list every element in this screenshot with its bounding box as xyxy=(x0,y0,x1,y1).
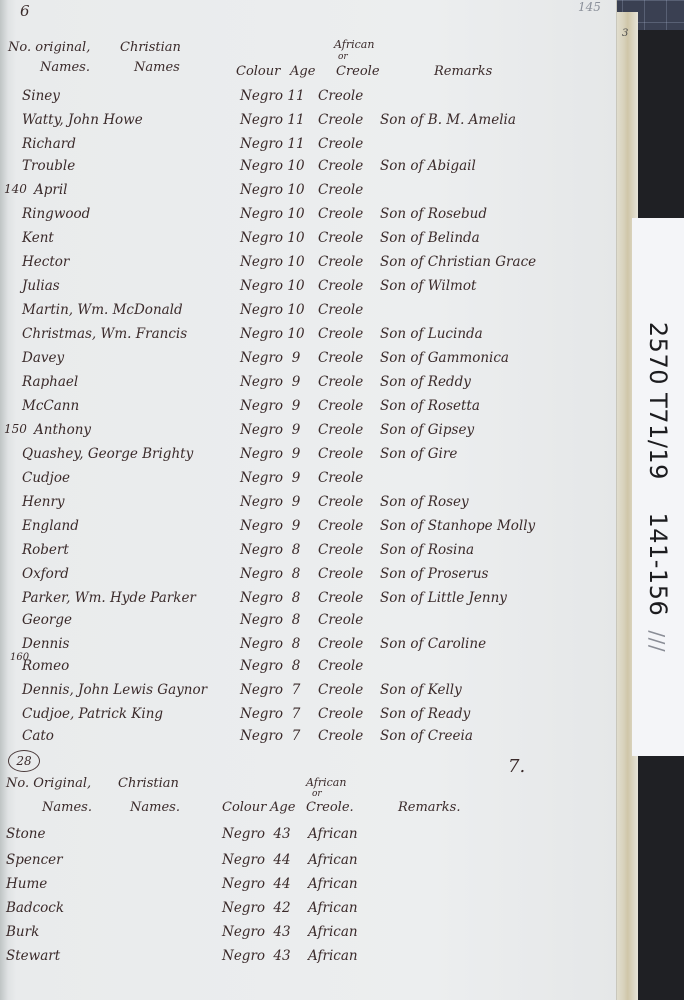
name: Cudjoe, Patrick King xyxy=(22,706,163,722)
age: 9 xyxy=(284,470,308,486)
age: 9 xyxy=(284,398,308,414)
table-row: 150AnthonyNegro9CreoleSon of Gipsey xyxy=(0,422,600,444)
table-row: KentNegro10CreoleSon of Belinda xyxy=(0,230,600,252)
origin: Creole xyxy=(318,446,363,462)
colour: Negro xyxy=(240,446,283,462)
name: Richard xyxy=(22,136,76,152)
row-number: 150 xyxy=(4,422,27,436)
table-row: Cudjoe, Patrick KingNegro7CreoleSon of R… xyxy=(0,706,600,728)
remarks: Son of Rosey xyxy=(380,494,469,510)
table-row: OxfordNegro8CreoleSon of Proserus xyxy=(0,566,600,588)
table-row: Dennis, John Lewis GaynorNegro7CreoleSon… xyxy=(0,682,600,704)
table-row: Quashey, George BrightyNegro9CreoleSon o… xyxy=(0,446,600,468)
age: 44 xyxy=(270,876,294,892)
colour: Negro xyxy=(240,158,283,174)
table-row: StoneNegro43African xyxy=(0,826,600,848)
header-remarks: Remarks xyxy=(434,64,492,79)
colour: Negro xyxy=(240,278,283,294)
header-remarks: Remarks. xyxy=(398,800,460,815)
colour: Negro xyxy=(222,948,265,964)
table-row: RingwoodNegro10CreoleSon of Rosebud xyxy=(0,206,600,228)
age: 10 xyxy=(284,302,308,318)
origin: Creole xyxy=(318,112,363,128)
remarks: Son of Gipsey xyxy=(380,422,474,438)
age: 9 xyxy=(284,446,308,462)
colour: Negro xyxy=(240,398,283,414)
colour: Negro xyxy=(240,254,283,270)
colour: Negro xyxy=(240,350,283,366)
remarks: Son of Little Jenny xyxy=(380,590,507,606)
age: 10 xyxy=(284,158,308,174)
name: Watty, John Howe xyxy=(22,112,143,128)
age: 10 xyxy=(284,326,308,342)
row-number: 140 xyxy=(4,182,27,196)
table-row: CudjoeNegro9Creole xyxy=(0,470,600,492)
colour: Negro xyxy=(240,658,283,674)
origin: African xyxy=(308,852,358,868)
header-african: African xyxy=(334,38,374,51)
table-row: 140AprilNegro10Creole xyxy=(0,182,600,204)
table-row: DaveyNegro9CreoleSon of Gammonica xyxy=(0,350,600,372)
remarks: Son of Rosebud xyxy=(380,206,487,222)
header-creole: Creole xyxy=(336,64,380,79)
remarks: Son of Rosetta xyxy=(380,398,480,414)
name: Spencer xyxy=(6,852,63,868)
table-row: RaphaelNegro9CreoleSon of Reddy xyxy=(0,374,600,396)
header-colour: Colour xyxy=(222,800,266,815)
ledger-page: 6 145 No. original, Christian Names. Nam… xyxy=(0,0,617,1000)
name: Julias xyxy=(22,278,60,294)
table-row: SineyNegro11Creole xyxy=(0,88,600,110)
colour: Negro xyxy=(222,826,265,842)
origin: African xyxy=(308,826,358,842)
name: Henry xyxy=(22,494,65,510)
origin: Creole xyxy=(318,158,363,174)
colour: Negro xyxy=(222,924,265,940)
name: Romeo xyxy=(22,658,69,674)
origin: African xyxy=(308,948,358,964)
remarks: Son of Belinda xyxy=(380,230,480,246)
table-row: BurkNegro43African xyxy=(0,924,600,946)
table-row: Parker, Wm. Hyde ParkerNegro8CreoleSon o… xyxy=(0,590,600,612)
name: McCann xyxy=(22,398,79,414)
origin: Creole xyxy=(318,494,363,510)
table-row: HenryNegro9CreoleSon of Rosey xyxy=(0,494,600,516)
table-row: McCannNegro9CreoleSon of Rosetta xyxy=(0,398,600,420)
header-names-original: Names. xyxy=(40,60,90,75)
colour: Negro xyxy=(240,612,283,628)
table-row: Christmas, Wm. FrancisNegro10CreoleSon o… xyxy=(0,326,600,348)
colour: Negro xyxy=(240,566,283,582)
table-row: GeorgeNegro8Creole xyxy=(0,612,600,634)
table-row: TroubleNegro10CreoleSon of Abigail xyxy=(0,158,600,180)
remarks: Son of Stanhope Molly xyxy=(380,518,535,534)
colour: Negro xyxy=(240,136,283,152)
origin: Creole xyxy=(318,422,363,438)
name: Christmas, Wm. Francis xyxy=(22,326,187,342)
age: 10 xyxy=(284,182,308,198)
age: 11 xyxy=(284,136,308,152)
name: Quashey, George Brighty xyxy=(22,446,193,462)
name: Dennis, John Lewis Gaynor xyxy=(22,682,207,698)
age: 8 xyxy=(284,566,308,582)
folio-number: 145 xyxy=(578,0,601,14)
colour: Negro xyxy=(222,852,265,868)
name: Trouble xyxy=(22,158,75,174)
origin: Creole xyxy=(318,636,363,652)
origin: Creole xyxy=(318,590,363,606)
table-row: SpencerNegro44African xyxy=(0,852,600,874)
header-age: Age xyxy=(270,800,295,815)
origin: Creole xyxy=(318,254,363,270)
origin: Creole xyxy=(318,136,363,152)
age: 11 xyxy=(284,112,308,128)
age: 10 xyxy=(284,230,308,246)
age: 8 xyxy=(284,658,308,674)
origin: Creole xyxy=(318,230,363,246)
name: Raphael xyxy=(22,374,78,390)
name: Ringwood xyxy=(22,206,90,222)
name: Siney xyxy=(22,88,60,104)
colour: Negro xyxy=(240,636,283,652)
colour: Negro xyxy=(240,206,283,222)
colour: Negro xyxy=(240,518,283,534)
remarks: Son of Reddy xyxy=(380,374,471,390)
origin: Creole xyxy=(318,326,363,342)
colour: Negro xyxy=(240,706,283,722)
name: Hume xyxy=(6,876,47,892)
colour: Negro xyxy=(240,182,283,198)
archive-reference: 2570 T71/19 xyxy=(644,322,672,480)
table-row: Watty, John HoweNegro11CreoleSon of B. M… xyxy=(0,112,600,134)
age: 43 xyxy=(270,948,294,964)
header-names-original: Names. xyxy=(42,800,92,815)
name: April xyxy=(34,182,67,198)
header-christian: Christian xyxy=(118,776,179,791)
colour: Negro xyxy=(222,876,265,892)
header-names-christian: Names. xyxy=(130,800,180,815)
name: Stone xyxy=(6,826,46,842)
age: 10 xyxy=(284,254,308,270)
colour: Negro xyxy=(240,302,283,318)
colour: Negro xyxy=(240,728,283,744)
age: 8 xyxy=(284,542,308,558)
origin: Creole xyxy=(318,88,363,104)
section-mark: 28 xyxy=(8,750,40,772)
table-row: DennisNegro8CreoleSon of Caroline xyxy=(0,636,600,658)
table-row: JuliasNegro10CreoleSon of Wilmot xyxy=(0,278,600,300)
remarks: Son of B. M. Amelia xyxy=(380,112,516,128)
name: Hector xyxy=(22,254,69,270)
colour: Negro xyxy=(222,900,265,916)
origin: Creole xyxy=(318,566,363,582)
name: Oxford xyxy=(22,566,69,582)
header-african: African xyxy=(306,776,346,789)
origin: Creole xyxy=(318,206,363,222)
header-no-original: No. Original, xyxy=(6,776,91,791)
header-no-original: No. original, xyxy=(8,40,90,55)
age: 43 xyxy=(270,924,294,940)
age: 10 xyxy=(284,278,308,294)
name: Martin, Wm. McDonald xyxy=(22,302,183,318)
origin: Creole xyxy=(318,682,363,698)
origin: African xyxy=(308,876,358,892)
archive-reference-label: 2570 T71/19 141-156 /// xyxy=(644,322,672,652)
name: Badcock xyxy=(6,900,64,916)
table-row: HumeNegro44African xyxy=(0,876,600,898)
colour: Negro xyxy=(240,682,283,698)
name: Dennis xyxy=(22,636,69,652)
age: 9 xyxy=(284,350,308,366)
name: Cudjoe xyxy=(22,470,70,486)
origin: Creole xyxy=(318,612,363,628)
remarks: Son of Proserus xyxy=(380,566,488,582)
colour: Negro xyxy=(240,422,283,438)
origin: Creole xyxy=(318,398,363,414)
header-or: or xyxy=(312,789,322,799)
age: 8 xyxy=(284,636,308,652)
table-row: StewartNegro43African xyxy=(0,948,600,970)
name: Davey xyxy=(22,350,64,366)
header-or: or xyxy=(338,52,348,62)
name: Kent xyxy=(22,230,54,246)
age: 8 xyxy=(284,612,308,628)
age: 7 xyxy=(284,706,308,722)
colour: Negro xyxy=(240,470,283,486)
table-row: EnglandNegro9CreoleSon of Stanhope Molly xyxy=(0,518,600,540)
colour: Negro xyxy=(240,230,283,246)
header-names-christian: Names xyxy=(134,60,180,75)
colour: Negro xyxy=(240,494,283,510)
page-number-left: 6 xyxy=(20,2,30,20)
origin: Creole xyxy=(318,302,363,318)
origin: Creole xyxy=(318,542,363,558)
origin: Creole xyxy=(318,374,363,390)
origin: African xyxy=(308,924,358,940)
origin: Creole xyxy=(318,658,363,674)
colour: Negro xyxy=(240,88,283,104)
age: 10 xyxy=(284,206,308,222)
table-row: Martin, Wm. McDonaldNegro10Creole xyxy=(0,302,600,324)
origin: Creole xyxy=(318,728,363,744)
origin: African xyxy=(308,900,358,916)
name: Burk xyxy=(6,924,39,940)
name: England xyxy=(22,518,79,534)
origin: Creole xyxy=(318,350,363,366)
age: 7 xyxy=(284,728,308,744)
header-christian: Christian xyxy=(120,40,181,55)
remarks: Son of Lucinda xyxy=(380,326,483,342)
origin: Creole xyxy=(318,518,363,534)
age: 9 xyxy=(284,518,308,534)
colour: Negro xyxy=(240,374,283,390)
name: Robert xyxy=(22,542,69,558)
remarks: Son of Abigail xyxy=(380,158,476,174)
name: George xyxy=(22,612,72,628)
age: 11 xyxy=(284,88,308,104)
age: 42 xyxy=(270,900,294,916)
age: 9 xyxy=(284,374,308,390)
page-number-right: 7. xyxy=(508,756,525,777)
remarks: Son of Kelly xyxy=(380,682,462,698)
remarks: Son of Rosina xyxy=(380,542,474,558)
age: 44 xyxy=(270,852,294,868)
name: Cato xyxy=(22,728,54,744)
archive-range: 141-156 xyxy=(644,512,672,616)
remarks: Son of Christian Grace xyxy=(380,254,536,270)
remarks: Son of Ready xyxy=(380,706,470,722)
remarks: Son of Gire xyxy=(380,446,457,462)
table-row: HectorNegro10CreoleSon of Christian Grac… xyxy=(0,254,600,276)
origin: Creole xyxy=(318,278,363,294)
name: Parker, Wm. Hyde Parker xyxy=(22,590,196,606)
header-colour: Colour xyxy=(236,64,280,79)
age: 43 xyxy=(270,826,294,842)
colour: Negro xyxy=(240,326,283,342)
remarks: Son of Caroline xyxy=(380,636,486,652)
age: 7 xyxy=(284,682,308,698)
table-row: 160RomeoNegro8Creole xyxy=(0,658,600,680)
table-row: BadcockNegro42African xyxy=(0,900,600,922)
age: 9 xyxy=(284,494,308,510)
table-row: RobertNegro8CreoleSon of Rosina xyxy=(0,542,600,564)
origin: Creole xyxy=(318,706,363,722)
origin: Creole xyxy=(318,182,363,198)
table-row: RichardNegro11Creole xyxy=(0,136,600,158)
edge-page-number: 3 xyxy=(622,28,628,39)
origin: Creole xyxy=(318,470,363,486)
colour: Negro xyxy=(240,112,283,128)
header-original: original, xyxy=(35,40,90,55)
header-age: Age xyxy=(290,64,315,79)
name: Anthony xyxy=(34,422,91,438)
tally-mark: /// xyxy=(645,630,669,652)
header-creole: Creole. xyxy=(306,800,354,815)
remarks: Son of Wilmot xyxy=(380,278,476,294)
colour: Negro xyxy=(240,590,283,606)
remarks: Son of Creeia xyxy=(380,728,473,744)
remarks: Son of Gammonica xyxy=(380,350,509,366)
age: 9 xyxy=(284,422,308,438)
colour: Negro xyxy=(240,542,283,558)
name: Stewart xyxy=(6,948,60,964)
age: 8 xyxy=(284,590,308,606)
table-row: CatoNegro7CreoleSon of Creeia xyxy=(0,728,600,750)
